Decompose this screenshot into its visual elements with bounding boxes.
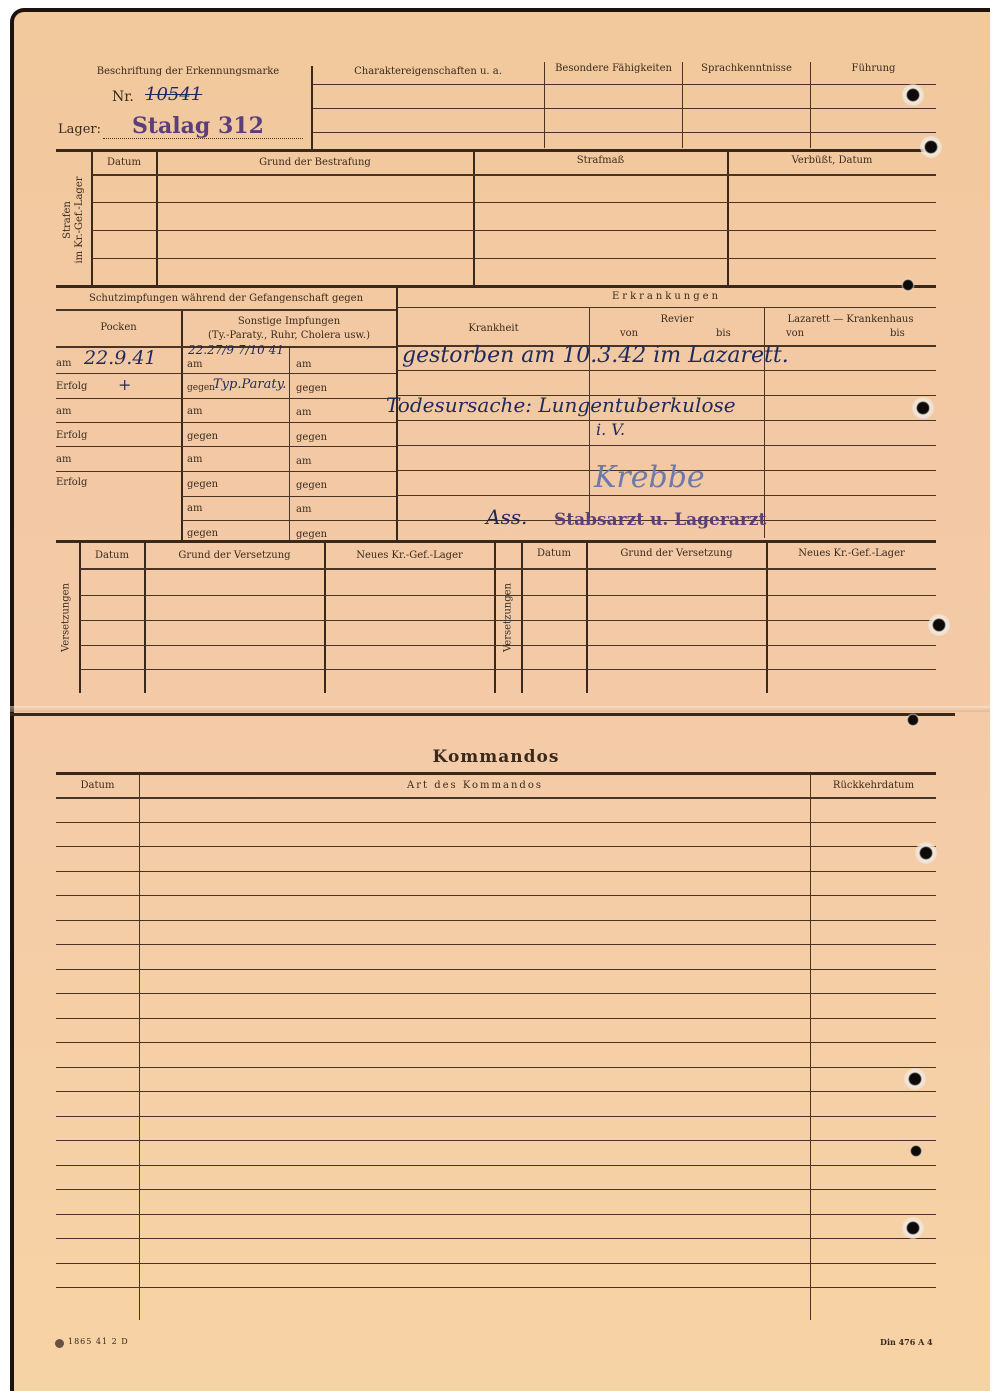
divider (473, 151, 475, 285)
divider (324, 543, 326, 693)
kommandos-row-line (56, 1067, 936, 1068)
signature-prefix: Ass. (486, 505, 527, 529)
row-line (397, 307, 936, 308)
row-line (313, 108, 936, 109)
punch-hole (904, 1068, 926, 1090)
lager-stamp: Stalag 312 (132, 113, 264, 139)
punch-hole (902, 84, 924, 106)
kommandos-row-line (56, 846, 936, 847)
punch-hole (901, 278, 915, 292)
gegen-label: gegen (296, 383, 327, 394)
komm-col-art: Art des Kommandos (140, 780, 810, 791)
row-line (397, 445, 936, 446)
kommandos-row-line (56, 871, 936, 872)
punch-hole (928, 614, 950, 636)
gegen-label: gegen (187, 528, 218, 539)
pocken-label: Pocken (56, 322, 181, 333)
divider (521, 543, 523, 693)
am-label: am (56, 454, 71, 465)
fold-crease (10, 706, 990, 712)
krankheit-label: Krankheit (398, 323, 589, 334)
vers-col-grund-2: Grund der Versetzung (587, 548, 766, 559)
punch-hole (902, 1217, 924, 1239)
row-line (92, 230, 936, 231)
vers-col-datum: Datum (80, 550, 144, 561)
am-label: am (296, 359, 311, 370)
sonstige-sub: (Ty.-Paraty., Ruhr, Cholera usw.) (182, 330, 396, 341)
vers-col-datum-2: Datum (522, 548, 586, 559)
kommandos-row-line (56, 1214, 936, 1215)
section-rule (56, 149, 936, 152)
col-fuehrung: Führung (811, 63, 936, 74)
revier-label: Revier (590, 314, 764, 325)
lazarett-von: von (786, 328, 804, 339)
side-label-line: im Kr.-Gef.-Lager (74, 170, 86, 270)
punch-hole (920, 136, 942, 158)
row-line (397, 420, 936, 421)
am-label: am (187, 406, 202, 417)
strafen-side-label: Strafen im Kr.-Gef.-Lager (62, 170, 86, 270)
kommandos-row-line (56, 822, 936, 823)
divider (766, 543, 768, 693)
row-line (80, 620, 936, 621)
gegen-label: gegen (296, 529, 327, 540)
row-line (182, 520, 396, 521)
kommandos-row-line (56, 895, 936, 896)
pocken-date: 22.9.41 (84, 347, 157, 369)
erfolg-label: Erfolg (56, 381, 87, 392)
kommandos-row-line (56, 1018, 936, 1019)
kommandos-row-line (56, 1189, 936, 1190)
punch-hole (912, 397, 934, 419)
pocken-result: + (118, 375, 131, 394)
fold-rule (10, 713, 955, 716)
row-line (397, 370, 936, 371)
kommandos-row-line (56, 993, 936, 994)
am-label: am (296, 504, 311, 515)
am-label: am (187, 503, 202, 514)
kommandos-row-line (56, 1238, 936, 1239)
row-line (56, 446, 396, 447)
section-rule (56, 772, 936, 775)
divider (544, 62, 545, 148)
versetzungen-side-label-left: Versetzungen (61, 568, 72, 668)
gegen-label: gegen (187, 383, 215, 393)
divider (79, 543, 81, 693)
kommandos-row-line (56, 1116, 936, 1117)
kommandos-row-line (56, 920, 936, 921)
kommandos-row-line (56, 1287, 936, 1288)
kommandos-row-line (56, 1042, 936, 1043)
divider (586, 543, 588, 693)
row-line (80, 595, 936, 596)
versetzungen-side-label-right: Versetzungen (503, 568, 514, 668)
col-datum: Datum (92, 157, 156, 168)
lazarett-label: Lazarett — Krankenhaus (765, 314, 936, 325)
doctor-signature: Krebbe (594, 460, 705, 495)
row-line (313, 84, 936, 85)
revier-bis: bis (716, 328, 731, 339)
erfolg-label: Erfolg (56, 477, 87, 488)
am-label: am (56, 358, 71, 369)
am-label: am (296, 407, 311, 418)
print-code: 1865 41 2 D (68, 1337, 129, 1346)
row-line (56, 373, 396, 374)
divider (810, 62, 811, 148)
komm-col-datum: Datum (56, 780, 139, 791)
nr-label: Nr. (112, 89, 134, 105)
divider (144, 543, 146, 693)
row-line (56, 309, 396, 311)
iv-entry: i. V. (596, 420, 625, 439)
komm-col-rueckkehr: Rückkehrdatum (811, 780, 936, 791)
sonstige-against: Typ.Paraty. (213, 377, 286, 392)
revier-von: von (620, 328, 638, 339)
nr-value: 10541 (145, 84, 202, 105)
am-label: am (296, 456, 311, 467)
gegen-label: gegen (296, 480, 327, 491)
am-label: am (187, 454, 202, 465)
punch-hole (915, 842, 937, 864)
row-line (313, 132, 936, 133)
kommandos-row-line (56, 797, 936, 799)
punch-hole (909, 1144, 923, 1158)
col-strafmass: Strafmaß (474, 155, 727, 166)
kommandos-row-line (56, 1165, 936, 1166)
row-line (56, 422, 396, 423)
lazarett-bis: bis (890, 328, 905, 339)
punch-hole (906, 713, 920, 727)
row-line (92, 174, 936, 176)
kommandos-row-line (56, 944, 936, 945)
row-line (56, 471, 396, 472)
vers-col-grund: Grund der Versetzung (145, 550, 324, 561)
divider (289, 348, 290, 542)
lager-label: Lager: (58, 122, 101, 137)
row-line (56, 398, 396, 399)
divider (727, 151, 729, 285)
divider (682, 62, 683, 148)
tag-label: Beschriftung der Erkennungsmarke (88, 66, 288, 77)
gegen-label: gegen (296, 432, 327, 443)
impf-title: Schutzimpfungen während der Gefangenscha… (56, 293, 396, 304)
divider (494, 543, 496, 693)
erkrankungen-title: Erkrankungen (397, 291, 936, 302)
am-label: am (187, 359, 202, 370)
row-line (92, 258, 936, 259)
death-entry: gestorben am 10.3.42 im Lazarett. (402, 343, 789, 368)
row-line (80, 568, 936, 570)
doctor-stamp: Stabsarzt u. Lagerarzt (554, 510, 766, 530)
am-label: am (56, 406, 71, 417)
kommandos-title: Kommandos (56, 747, 936, 767)
col-grund: Grund der Bestrafung (157, 157, 473, 168)
row-line (80, 669, 936, 670)
divider (91, 151, 93, 285)
section-rule (56, 285, 936, 288)
gegen-label: gegen (187, 431, 218, 442)
sonstige-dates: 22.27/9 7/10 41 (188, 343, 284, 357)
din-format: Din 476 A 4 (880, 1337, 933, 1347)
side-label-line: Strafen (62, 170, 74, 270)
col-faehigkeiten: Besondere Fähigkeiten (545, 63, 682, 74)
gegen-label: gegen (187, 479, 218, 490)
col-charakter: Charaktereigenschaften u. a. (312, 66, 544, 77)
erfolg-label: Erfolg (56, 430, 87, 441)
col-verbuesst: Verbüßt, Datum (728, 155, 936, 166)
kommandos-row-line (56, 1091, 936, 1092)
cause-entry: Todesursache: Lungentuberkulose (386, 393, 736, 417)
divider (156, 151, 158, 285)
row-line (92, 202, 936, 203)
vers-col-lager: Neues Kr.-Gef.-Lager (325, 550, 494, 561)
row-line (80, 645, 936, 646)
col-sprache: Sprachkenntnisse (683, 63, 810, 74)
row-line (182, 496, 396, 497)
kommandos-row-line (56, 1140, 936, 1141)
section-rule (56, 540, 936, 543)
row-line (397, 495, 936, 496)
sonstige-label: Sonstige Impfungen (182, 316, 396, 327)
eagle-emblem-icon (55, 1339, 64, 1348)
kommandos-row-line (56, 969, 936, 970)
vers-col-lager-2: Neues Kr.-Gef.-Lager (767, 548, 936, 559)
kommandos-row-line (56, 1263, 936, 1264)
